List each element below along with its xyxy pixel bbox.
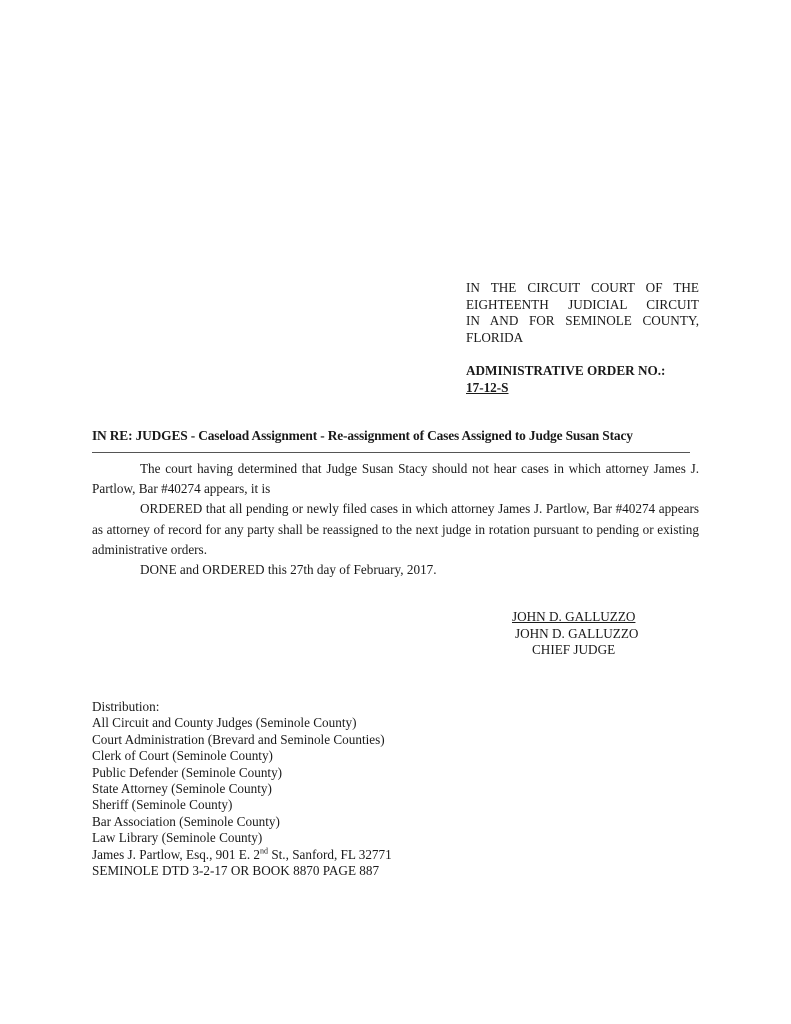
caption-line: EIGHTEENTH JUDICIAL CIRCUIT	[466, 297, 699, 314]
order-title: IN RE: JUDGES - Caseload Assignment - Re…	[92, 428, 633, 444]
order-label: ADMINISTRATIVE ORDER NO.:	[466, 363, 665, 380]
order-number: 17-12-S	[466, 380, 509, 395]
distribution-recipient-address: James J. Partlow, Esq., 901 E. 2nd St., …	[92, 847, 392, 863]
paragraph-ordered: ORDERED that all pending or newly filed …	[92, 499, 699, 560]
recording-stamp: SEMINOLE DTD 3-2-17 OR BOOK 8870 PAGE 88…	[92, 863, 392, 879]
distribution-list: Distribution: All Circuit and County Jud…	[92, 699, 392, 879]
distribution-heading: Distribution:	[92, 699, 392, 715]
order-body: The court having determined that Judge S…	[92, 459, 699, 580]
caption-line: IN AND FOR SEMINOLE COUNTY,	[466, 313, 699, 330]
signature-block: JOHN D. GALLUZZO JOHN D. GALLUZZO CHIEF …	[512, 609, 638, 659]
distribution-recipient: Clerk of Court (Seminole County)	[92, 748, 392, 764]
distribution-recipient: Bar Association (Seminole County)	[92, 814, 392, 830]
signature-line: JOHN D. GALLUZZO	[512, 609, 635, 624]
title-divider	[92, 452, 690, 453]
administrative-order-number: ADMINISTRATIVE ORDER NO.: 17-12-S	[466, 363, 665, 396]
distribution-recipient: Court Administration (Brevard and Semino…	[92, 732, 392, 748]
distribution-recipient: State Attorney (Seminole County)	[92, 781, 392, 797]
caption-line: FLORIDA	[466, 330, 699, 347]
distribution-recipient: Law Library (Seminole County)	[92, 830, 392, 846]
paragraph-determination: The court having determined that Judge S…	[92, 459, 699, 499]
printed-name: JOHN D. GALLUZZO	[512, 626, 638, 643]
distribution-recipient: Sheriff (Seminole County)	[92, 797, 392, 813]
caption-line: IN THE CIRCUIT COURT OF THE	[466, 280, 699, 297]
paragraph-done-and-ordered: DONE and ORDERED this 27th day of Februa…	[92, 560, 699, 580]
judge-title: CHIEF JUDGE	[512, 642, 638, 659]
distribution-recipient: Public Defender (Seminole County)	[92, 765, 392, 781]
court-caption: IN THE CIRCUIT COURT OF THE EIGHTEENTH J…	[466, 280, 699, 346]
distribution-recipient: All Circuit and County Judges (Seminole …	[92, 715, 392, 731]
